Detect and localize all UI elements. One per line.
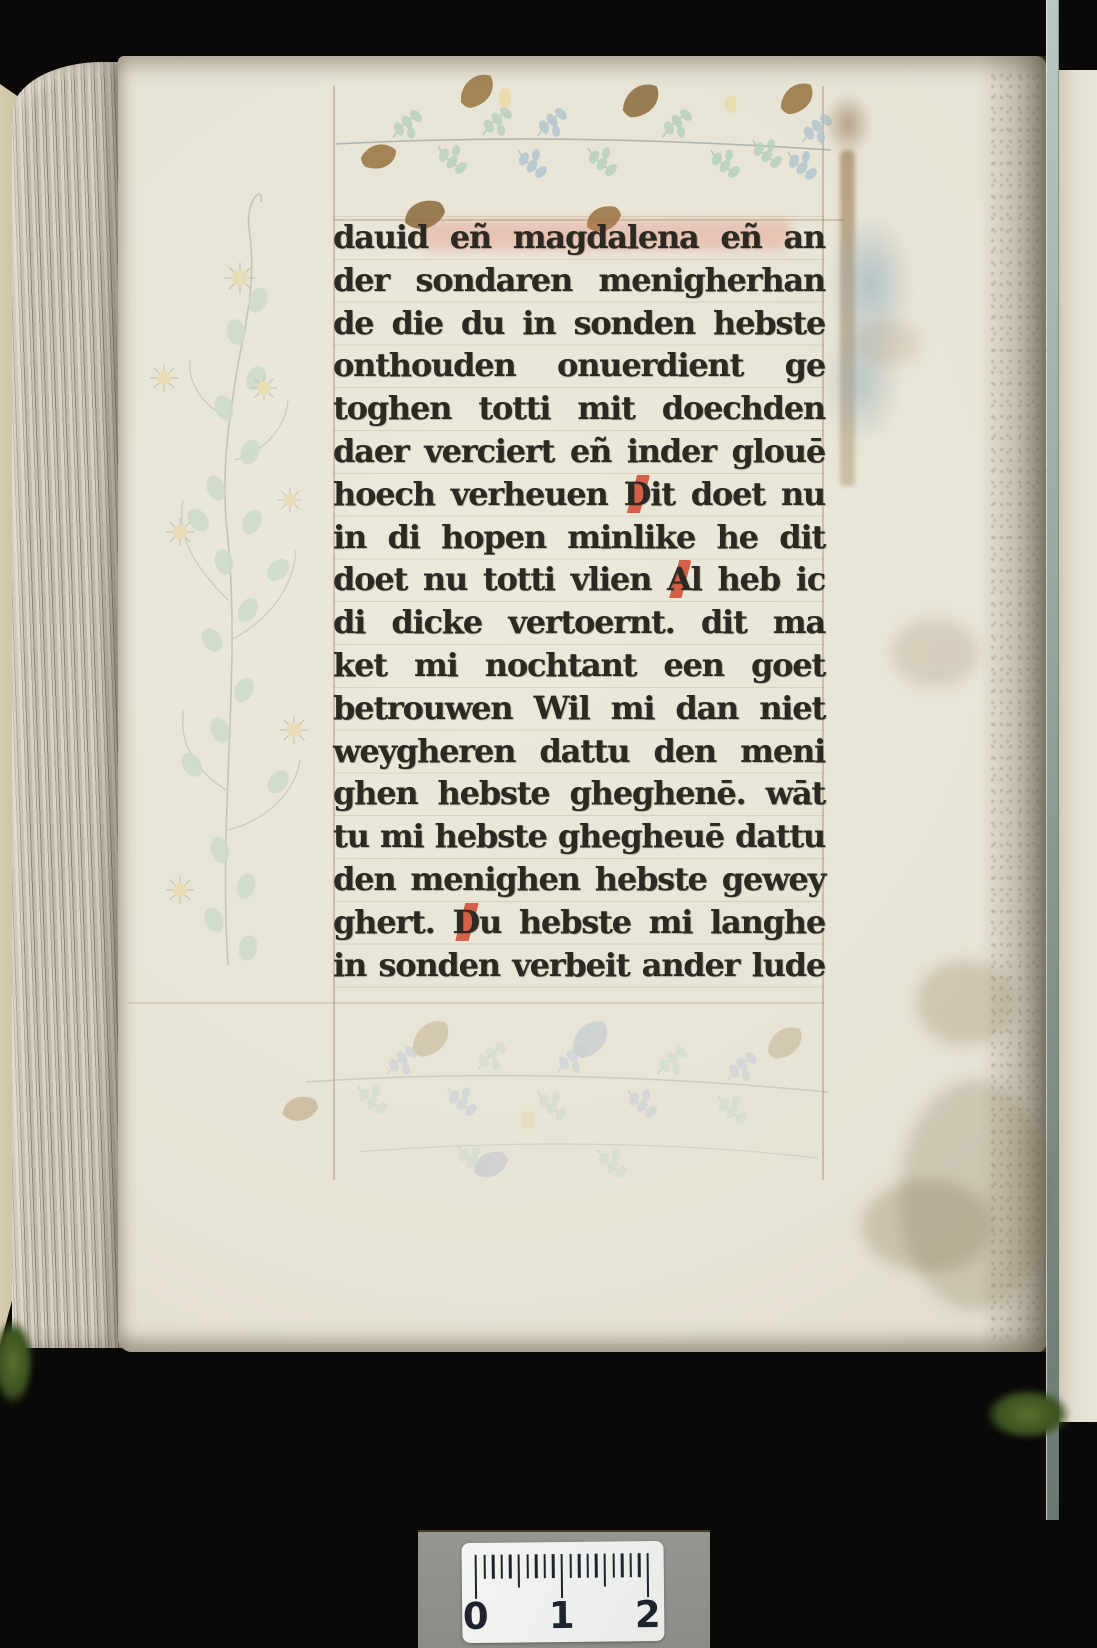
ruler-tick — [647, 1553, 650, 1597]
facing-page-strip — [1059, 70, 1097, 1422]
manuscript-line: in sonden verbeit ander lude — [333, 944, 825, 987]
showthrough-brown-tip — [824, 92, 872, 156]
ruler-tick — [543, 1554, 546, 1578]
manuscript-line: ket mi nochtant een goet — [333, 644, 825, 687]
ruler-tick — [535, 1554, 538, 1578]
ruler-tick — [492, 1555, 495, 1579]
ruler-scale: 012 — [461, 1541, 664, 1643]
rubricated-initial: D — [624, 475, 651, 513]
ruler-tick — [612, 1553, 615, 1577]
ruler-number: 2 — [635, 1593, 660, 1636]
top-vine-border-decoration — [333, 80, 833, 205]
ruler-tick — [518, 1554, 521, 1587]
ruler-tick — [475, 1555, 478, 1599]
photo-background: { "manuscript": { "lines": [ {"segments"… — [0, 0, 1097, 1648]
manuscript-line: den menighen hebste gewey — [333, 858, 825, 901]
ruling-line-bottom — [128, 1002, 824, 1004]
ruler-tick — [604, 1554, 607, 1587]
ruler-tick — [500, 1555, 503, 1579]
green-cloth-left — [0, 1318, 34, 1406]
manuscript-line: ghen hebste gheghenē. wāt — [333, 772, 825, 815]
rubricated-initial: D — [452, 903, 479, 941]
ruler-tick — [595, 1554, 598, 1578]
parchment-stain — [900, 1080, 1050, 1310]
manuscript-line: weygheren dattu den meni — [333, 730, 825, 773]
ruler-tick — [638, 1553, 641, 1577]
ruler-number-labels: 012 — [475, 1593, 651, 1639]
manuscript-line: doet nu totti vlien Al heb ic — [333, 558, 825, 601]
ruler-tick — [552, 1554, 555, 1578]
ruler-tick — [621, 1553, 624, 1577]
ruler-tick — [509, 1555, 512, 1579]
manuscript-line: in di hopen minlike he dit — [333, 516, 825, 559]
manuscript-line: tu mi hebste ghegheuē dattu — [333, 815, 825, 858]
ruler-tick — [561, 1554, 564, 1598]
manuscript-line: der sondaren menigherhan — [333, 259, 825, 302]
ruler-tick — [629, 1553, 632, 1577]
ruler-tick — [578, 1554, 581, 1578]
manuscript-line: onthouden onuerdient ge — [333, 344, 825, 387]
ruler-number: 0 — [463, 1595, 488, 1638]
parchment-stain — [892, 620, 978, 686]
ruler-tick — [586, 1554, 589, 1578]
ruler-number: 1 — [549, 1594, 574, 1637]
ruler-tick — [569, 1554, 572, 1578]
bottom-vine-border-decoration — [298, 1012, 833, 1177]
green-cloth-right — [985, 1388, 1071, 1440]
manuscript-line: dauid eñ magdalena eñ an — [333, 216, 825, 259]
showthrough-blue-flourish — [818, 220, 914, 435]
page-edge-stack — [12, 62, 124, 1348]
manuscript-line: ghert. Du hebste mi langhe — [333, 901, 825, 944]
scale-card: 012 — [418, 1532, 710, 1648]
manuscript-line: toghen totti mit doechden — [333, 387, 825, 430]
manuscript-line: daer verciert eñ inder glouē — [333, 430, 825, 473]
ruler-tick — [483, 1555, 486, 1579]
text-block: dauid eñ magdalena eñ ander sondaren men… — [333, 216, 825, 988]
parchment-stain — [916, 960, 1014, 1046]
manuscript-line: hoech verheuen Dit doet nu — [333, 473, 825, 516]
ruler-tick — [526, 1554, 529, 1578]
manuscript-line: betrouwen Wil mi dan niet — [333, 687, 825, 730]
manuscript-line: di dicke vertoernt. dit ma — [333, 601, 825, 644]
manuscript-line: de die du in sonden hebste — [333, 302, 825, 345]
rubricated-initial: A — [667, 560, 691, 598]
glass-clamp-edge — [1046, 0, 1059, 1520]
left-margin-floral-sprig — [128, 170, 338, 970]
